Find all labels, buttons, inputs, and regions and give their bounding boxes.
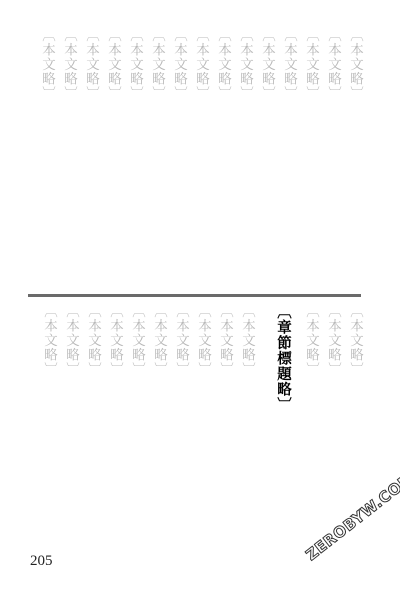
text-column: 〔本文略〕 [38,304,60,556]
text-column: 〔本文略〕 [234,28,256,290]
text-column: 〔本文略〕 [300,28,322,290]
text-column: 〔本文略〕 [322,304,344,556]
text-column: 〔本文略〕 [212,28,234,290]
text-column: 〔本文略〕 [322,28,344,290]
text-column: 〔本文略〕 [236,304,258,556]
page-number: 205 [30,553,53,570]
text-column: 〔本文略〕 [60,304,82,556]
text-column: 〔本文略〕 [278,28,300,290]
section-heading: 〔章節標題略〕 [264,304,294,556]
text-column: 〔本文略〕 [104,304,126,556]
top-text-block: 〔本文略〕 〔本文略〕 〔本文略〕 〔本文略〕 〔本文略〕 〔本文略〕 〔本文略… [26,28,366,290]
text-column: 〔本文略〕 [126,304,148,556]
text-column: 〔本文略〕 [82,304,104,556]
section-divider [28,294,361,297]
text-column: 〔本文略〕 [168,28,190,290]
text-column: 〔本文略〕 [148,304,170,556]
text-column: 〔本文略〕 [300,304,322,556]
text-column: 〔本文略〕 [146,28,168,290]
text-column: 〔本文略〕 [102,28,124,290]
text-column: 〔本文略〕 [124,28,146,290]
text-column: 〔本文略〕 [36,28,58,290]
text-column: 〔本文略〕 [256,28,278,290]
text-column: 〔本文略〕 [214,304,236,556]
text-column: 〔本文略〕 [80,28,102,290]
bottom-text-block: 〔本文略〕 〔本文略〕 〔本文略〕 〔章節標題略〕 〔本文略〕 〔本文略〕 〔本… [26,304,366,556]
text-column: 〔本文略〕 [190,28,212,290]
text-column: 〔本文略〕 [170,304,192,556]
text-column: 〔本文略〕 [344,28,366,290]
text-column: 〔本文略〕 [192,304,214,556]
text-column: 〔本文略〕 [58,28,80,290]
